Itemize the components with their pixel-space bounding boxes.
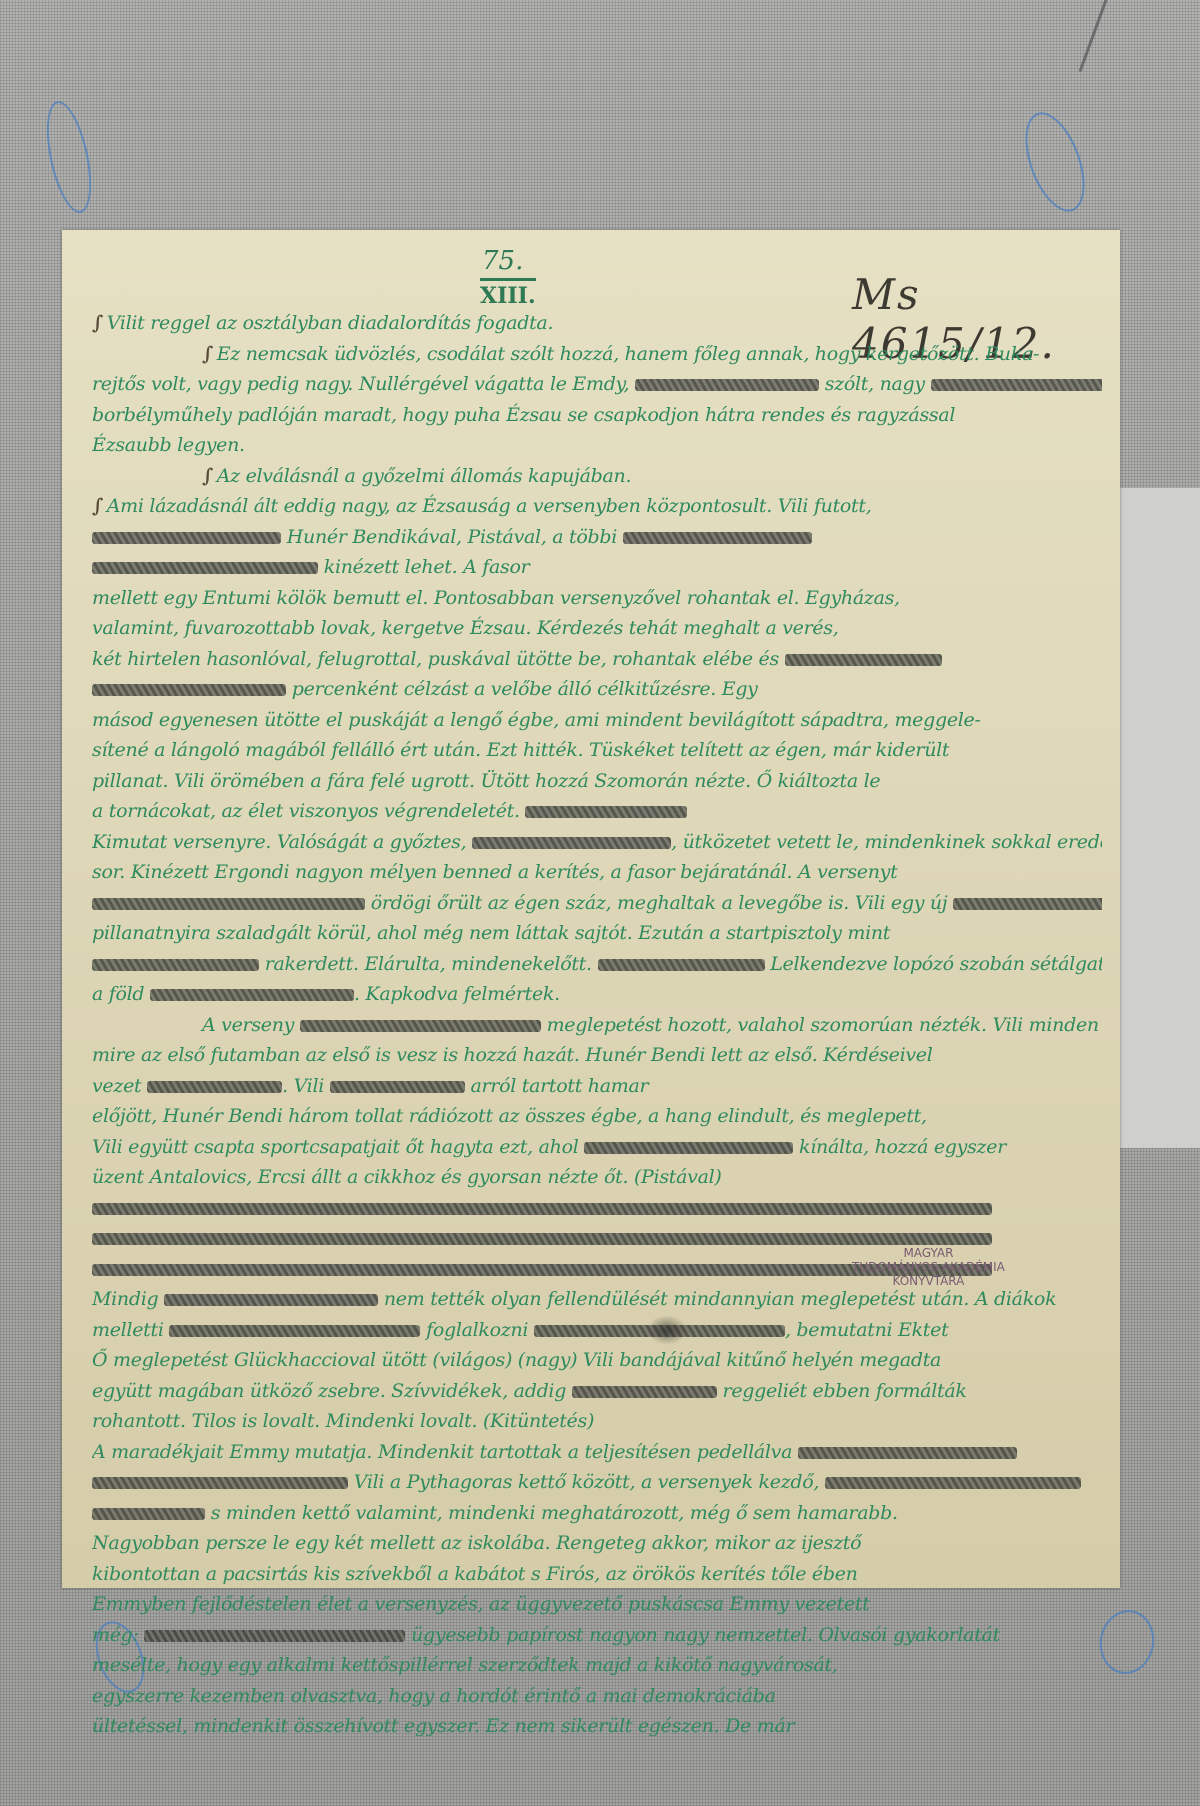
- line-text: ügyesebb papírost nagyon nagy nemzettel.…: [405, 1624, 1000, 1646]
- line-text: mesélte, hogy egy alkalmi kettőspillérre…: [92, 1654, 838, 1676]
- page-number: 75.: [482, 246, 523, 276]
- manuscript-line: üzent Antalovics, Ercsi állt a cikkhoz é…: [92, 1162, 1102, 1193]
- strikethrough-deletion: [623, 532, 812, 544]
- strikethrough-deletion: [785, 654, 942, 666]
- manuscript-line: előjött, Hunér Bendi három tollat rádióz…: [92, 1101, 1102, 1132]
- line-text: sítené a lángoló magából fellálló ért ut…: [92, 739, 949, 761]
- line-text: nem tették olyan fellendülését mindannyi…: [378, 1288, 1056, 1310]
- manuscript-line: valamint, fuvarozottabb lovak, kergetve …: [92, 613, 1102, 644]
- line-text: Mindig: [92, 1288, 164, 1310]
- strikethrough-deletion: [164, 1294, 378, 1306]
- line-text: percenként célzást a velőbe álló célkitű…: [286, 678, 758, 700]
- strikethrough-deletion: [92, 1233, 992, 1245]
- line-text: Ez nemcsak üdvözlés, csodálat szólt hozz…: [217, 343, 1039, 365]
- corner-mark-bottom-right: [1095, 1606, 1159, 1678]
- line-text: kinézett lehet. A fasor: [318, 556, 529, 578]
- line-text: pillanatnyira szaladgált körül, ahol még…: [92, 922, 890, 944]
- line-text: Emmyben fejlődéstelen élet a versenyzés,…: [92, 1593, 870, 1615]
- manuscript-line: melletti foglalkozni , bemutatni Ektet: [92, 1315, 1102, 1346]
- strikethrough-deletion: [572, 1386, 717, 1398]
- strikethrough-deletion: [92, 562, 318, 574]
- line-text: másod egyenesen ütötte el puskáját a len…: [92, 709, 981, 731]
- line-text: kibontottan a pacsirtás kis szívekből a …: [92, 1563, 858, 1585]
- line-text: Hunér Bendikával, Pistával, a többi: [281, 526, 623, 548]
- manuscript-line: percenként célzást a velőbe álló célkitű…: [92, 674, 1102, 705]
- line-text: Vili együtt csapta sportcsapatjait őt ha…: [92, 1136, 584, 1158]
- line-text: Ézsaubb legyen.: [92, 434, 245, 456]
- line-text: reggeliét ebben formálták: [717, 1380, 967, 1402]
- line-text: ültetéssel, mindenkit összehívott egysze…: [92, 1715, 794, 1737]
- manuscript-line: Vili együtt csapta sportcsapatjait őt ha…: [92, 1132, 1102, 1163]
- library-stamp: MAGYAR TUDOMÁNYOS AKADÉMIA KÖNYVTÁRA: [852, 1246, 1005, 1288]
- line-text: rohantott. Tilos is lovalt. Mindenki lov…: [92, 1410, 594, 1432]
- line-text: szólt, nagy: [819, 373, 931, 395]
- manuscript-line: két hirtelen hasonlóval, felugrottal, pu…: [92, 644, 1102, 675]
- line-text: ördögi őrült az égen száz, meghaltak a l…: [365, 892, 953, 914]
- strikethrough-deletion: [598, 959, 765, 971]
- manuscript-line: Ő meglepetést Glückhaccioval ütött (vilá…: [92, 1345, 1102, 1376]
- line-text: pillanat. Vili örömében a fára felé ugro…: [92, 770, 880, 792]
- strikethrough-deletion: [584, 1142, 793, 1154]
- line-text: még:: [92, 1624, 144, 1646]
- manuscript-line: ∫Az elválásnál a győzelmi állomás kapujá…: [92, 461, 1102, 492]
- corner-mark-top-right: [1014, 105, 1097, 220]
- manuscript-line: A verseny meglepetést hozott, valahol sz…: [92, 1010, 1102, 1041]
- strikethrough-deletion: [92, 959, 259, 971]
- line-text: rakerdett. Elárulta, mindenekelőtt.: [259, 953, 598, 975]
- line-text: s minden kettő valamint, mindenki meghat…: [205, 1502, 898, 1524]
- manuscript-line: vezet . Vili arról tartott hamar: [92, 1071, 1102, 1102]
- strikethrough-deletion: [635, 379, 819, 391]
- manuscript-line: Ézsaubb legyen.: [92, 430, 1102, 461]
- strikethrough-deletion: [525, 806, 687, 818]
- manuscript-line: mire az első futamban az első is vesz is…: [92, 1040, 1102, 1071]
- paragraph-bracket-icon: ∫: [202, 465, 213, 487]
- manuscript-line: másod egyenesen ütötte el puskáját a len…: [92, 705, 1102, 736]
- manuscript-line: rakerdett. Elárulta, mindenekelőtt. Lelk…: [92, 949, 1102, 980]
- line-text: valamint, fuvarozottabb lovak, kergetve …: [92, 617, 839, 639]
- line-text: A maradékjait Emmy mutatja. Mindenkit ta…: [92, 1441, 798, 1463]
- line-text: a föld: [92, 983, 150, 1005]
- manuscript-line: egyszerre kezemben olvasztva, hogy a hor…: [92, 1681, 1102, 1712]
- manuscript-line: [92, 1193, 1102, 1224]
- line-text: Nagyobban persze le egy két mellett az i…: [92, 1532, 861, 1554]
- ink-smudge: [647, 1315, 687, 1345]
- manuscript-line: a föld . Kapkodva felmértek.: [92, 979, 1102, 1010]
- strikethrough-deletion: [330, 1081, 465, 1093]
- strikethrough-deletion: [300, 1020, 541, 1032]
- strikethrough-deletion: [953, 898, 1102, 910]
- line-text: borbélyműhely padlóján maradt, hogy puha…: [92, 404, 955, 426]
- line-text: előjött, Hunér Bendi három tollat rádióz…: [92, 1105, 927, 1127]
- manuscript-line: Hunér Bendikával, Pistával, a többi: [92, 522, 1102, 553]
- manuscript-line: pillanatnyira szaladgált körül, ahol még…: [92, 918, 1102, 949]
- strikethrough-deletion: [169, 1325, 420, 1337]
- strikethrough-deletion: [92, 684, 286, 696]
- line-text: sor. Kinézett Ergondi nagyon mélyen benn…: [92, 861, 897, 883]
- manuscript-line: ∫Ez nemcsak üdvözlés, csodálat szólt hoz…: [92, 339, 1102, 370]
- line-text: két hirtelen hasonlóval, felugrottal, pu…: [92, 648, 785, 670]
- strikethrough-deletion: [92, 1203, 992, 1215]
- strikethrough-deletion: [825, 1477, 1081, 1489]
- stamp-line: MAGYAR: [852, 1246, 1005, 1260]
- line-text: , ütközetet vetett le, mindenkinek sokka…: [671, 831, 1102, 853]
- line-text: Lelkendezve lopózó szobán sétálgatott: [765, 953, 1103, 975]
- paragraph-bracket-icon: ∫: [92, 312, 103, 334]
- line-text: Az elválásnál a győzelmi állomás kapujáb…: [217, 465, 632, 487]
- strikethrough-deletion: [92, 1477, 348, 1489]
- manuscript-line: A maradékjait Emmy mutatja. Mindenkit ta…: [92, 1437, 1102, 1468]
- stamp-line: TUDOMÁNYOS AKADÉMIA: [852, 1260, 1005, 1274]
- manuscript-line: Nagyobban persze le egy két mellett az i…: [92, 1528, 1102, 1559]
- manuscript-line: kinézett lehet. A fasor: [92, 552, 1102, 583]
- strikethrough-deletion: [472, 837, 671, 849]
- manuscript-line: ∫Vilit reggel az osztályban diadalordítá…: [92, 308, 1102, 339]
- line-text: rejtős volt, vagy pedig nagy. Nullérgéve…: [92, 373, 635, 395]
- line-text: mellett egy Entumi kölök bemutt el. Pont…: [92, 587, 900, 609]
- manuscript-line: a tornácokat, az élet viszonyos végrende…: [92, 796, 1102, 827]
- manuscript-line: sítené a lángoló magából fellálló ért ut…: [92, 735, 1102, 766]
- line-text: Vili a Pythagoras kettő között, a versen…: [348, 1471, 825, 1493]
- manuscript-line: Mindig nem tették olyan fellendülését mi…: [92, 1284, 1102, 1315]
- strikethrough-deletion: [147, 1081, 282, 1093]
- line-text: Vilit reggel az osztályban diadalordítás…: [107, 312, 554, 334]
- line-text: vezet: [92, 1075, 147, 1097]
- line-text: mire az első futamban az első is vesz is…: [92, 1044, 933, 1066]
- line-text: . Kapkodva felmértek.: [354, 983, 560, 1005]
- line-text: , bemutatni Ektet: [785, 1319, 949, 1341]
- manuscript-line: s minden kettő valamint, mindenki meghat…: [92, 1498, 1102, 1529]
- line-text: . Vili: [282, 1075, 330, 1097]
- manuscript-line: borbélyműhely padlóján maradt, hogy puha…: [92, 400, 1102, 431]
- pencil-stroke-top-right: [1079, 0, 1109, 72]
- manuscript-line: együtt magában ütköző zsebre. Szívvidéke…: [92, 1376, 1102, 1407]
- line-text: Kimutat versenyre. Valóságát a győztes,: [92, 831, 472, 853]
- line-text: a tornácokat, az élet viszonyos végrende…: [92, 800, 525, 822]
- chapter-number: XIII.: [480, 278, 536, 309]
- stamp-line: KÖNYVTÁRA: [852, 1274, 1005, 1288]
- manuscript-line: Vili a Pythagoras kettő között, a versen…: [92, 1467, 1102, 1498]
- manuscript-line: rohantott. Tilos is lovalt. Mindenki lov…: [92, 1406, 1102, 1437]
- paragraph-bracket-icon: ∫: [202, 343, 213, 365]
- strikethrough-deletion: [92, 898, 365, 910]
- line-text: Ő meglepetést Glückhaccioval ütött (vilá…: [92, 1349, 941, 1371]
- line-text: foglalkozni: [420, 1319, 534, 1341]
- line-text: együtt magában ütköző zsebre. Szívvidéke…: [92, 1380, 572, 1402]
- white-card-insert: [1118, 488, 1200, 1148]
- manuscript-line: pillanat. Vili örömében a fára felé ugro…: [92, 766, 1102, 797]
- line-text: üzent Antalovics, Ercsi állt a cikkhoz é…: [92, 1166, 721, 1188]
- manuscript-line: sor. Kinézett Ergondi nagyon mélyen benn…: [92, 857, 1102, 888]
- strikethrough-deletion: [150, 989, 354, 1001]
- line-text: egyszerre kezemben olvasztva, hogy a hor…: [92, 1685, 776, 1707]
- manuscript-line: mellett egy Entumi kölök bemutt el. Pont…: [92, 583, 1102, 614]
- line-text: kínálta, hozzá egyszer: [793, 1136, 1006, 1158]
- line-text: Ami lázadásnál ált eddig nagy, az Ézsaus…: [107, 495, 872, 517]
- manuscript-line: még: ügyesebb papírost nagyon nagy nemze…: [92, 1620, 1102, 1651]
- manuscript-line: ∫Ami lázadásnál ált eddig nagy, az Ézsau…: [92, 491, 1102, 522]
- strikethrough-deletion: [92, 532, 281, 544]
- line-text: meglepetést hozott, valahol szomorúan né…: [541, 1014, 1102, 1036]
- manuscript-page: 75. XIII. Ms 4615/12. ∫Vilit reggel az o…: [62, 230, 1120, 1588]
- line-text: A verseny: [202, 1014, 300, 1036]
- manuscript-text: ∫Vilit reggel az osztályban diadalordítá…: [92, 308, 1102, 1742]
- line-text: melletti: [92, 1319, 169, 1341]
- manuscript-line: kibontottan a pacsirtás kis szívekből a …: [92, 1559, 1102, 1590]
- corner-mark-top-left: [39, 97, 100, 216]
- strikethrough-deletion: [931, 379, 1102, 391]
- manuscript-line: rejtős volt, vagy pedig nagy. Nullérgéve…: [92, 369, 1102, 400]
- manuscript-line: ültetéssel, mindenkit összehívott egysze…: [92, 1711, 1102, 1742]
- strikethrough-deletion: [144, 1630, 405, 1642]
- manuscript-line: mesélte, hogy egy alkalmi kettőspillérre…: [92, 1650, 1102, 1681]
- line-text: arról tartott hamar: [465, 1075, 649, 1097]
- manuscript-line: ördögi őrült az égen száz, meghaltak a l…: [92, 888, 1102, 919]
- manuscript-line: Kimutat versenyre. Valóságát a győztes, …: [92, 827, 1102, 858]
- paragraph-bracket-icon: ∫: [92, 495, 103, 517]
- strikethrough-deletion: [798, 1447, 1017, 1459]
- strikethrough-deletion: [92, 1508, 205, 1520]
- manuscript-line: Emmyben fejlődéstelen élet a versenyzés,…: [92, 1589, 1102, 1620]
